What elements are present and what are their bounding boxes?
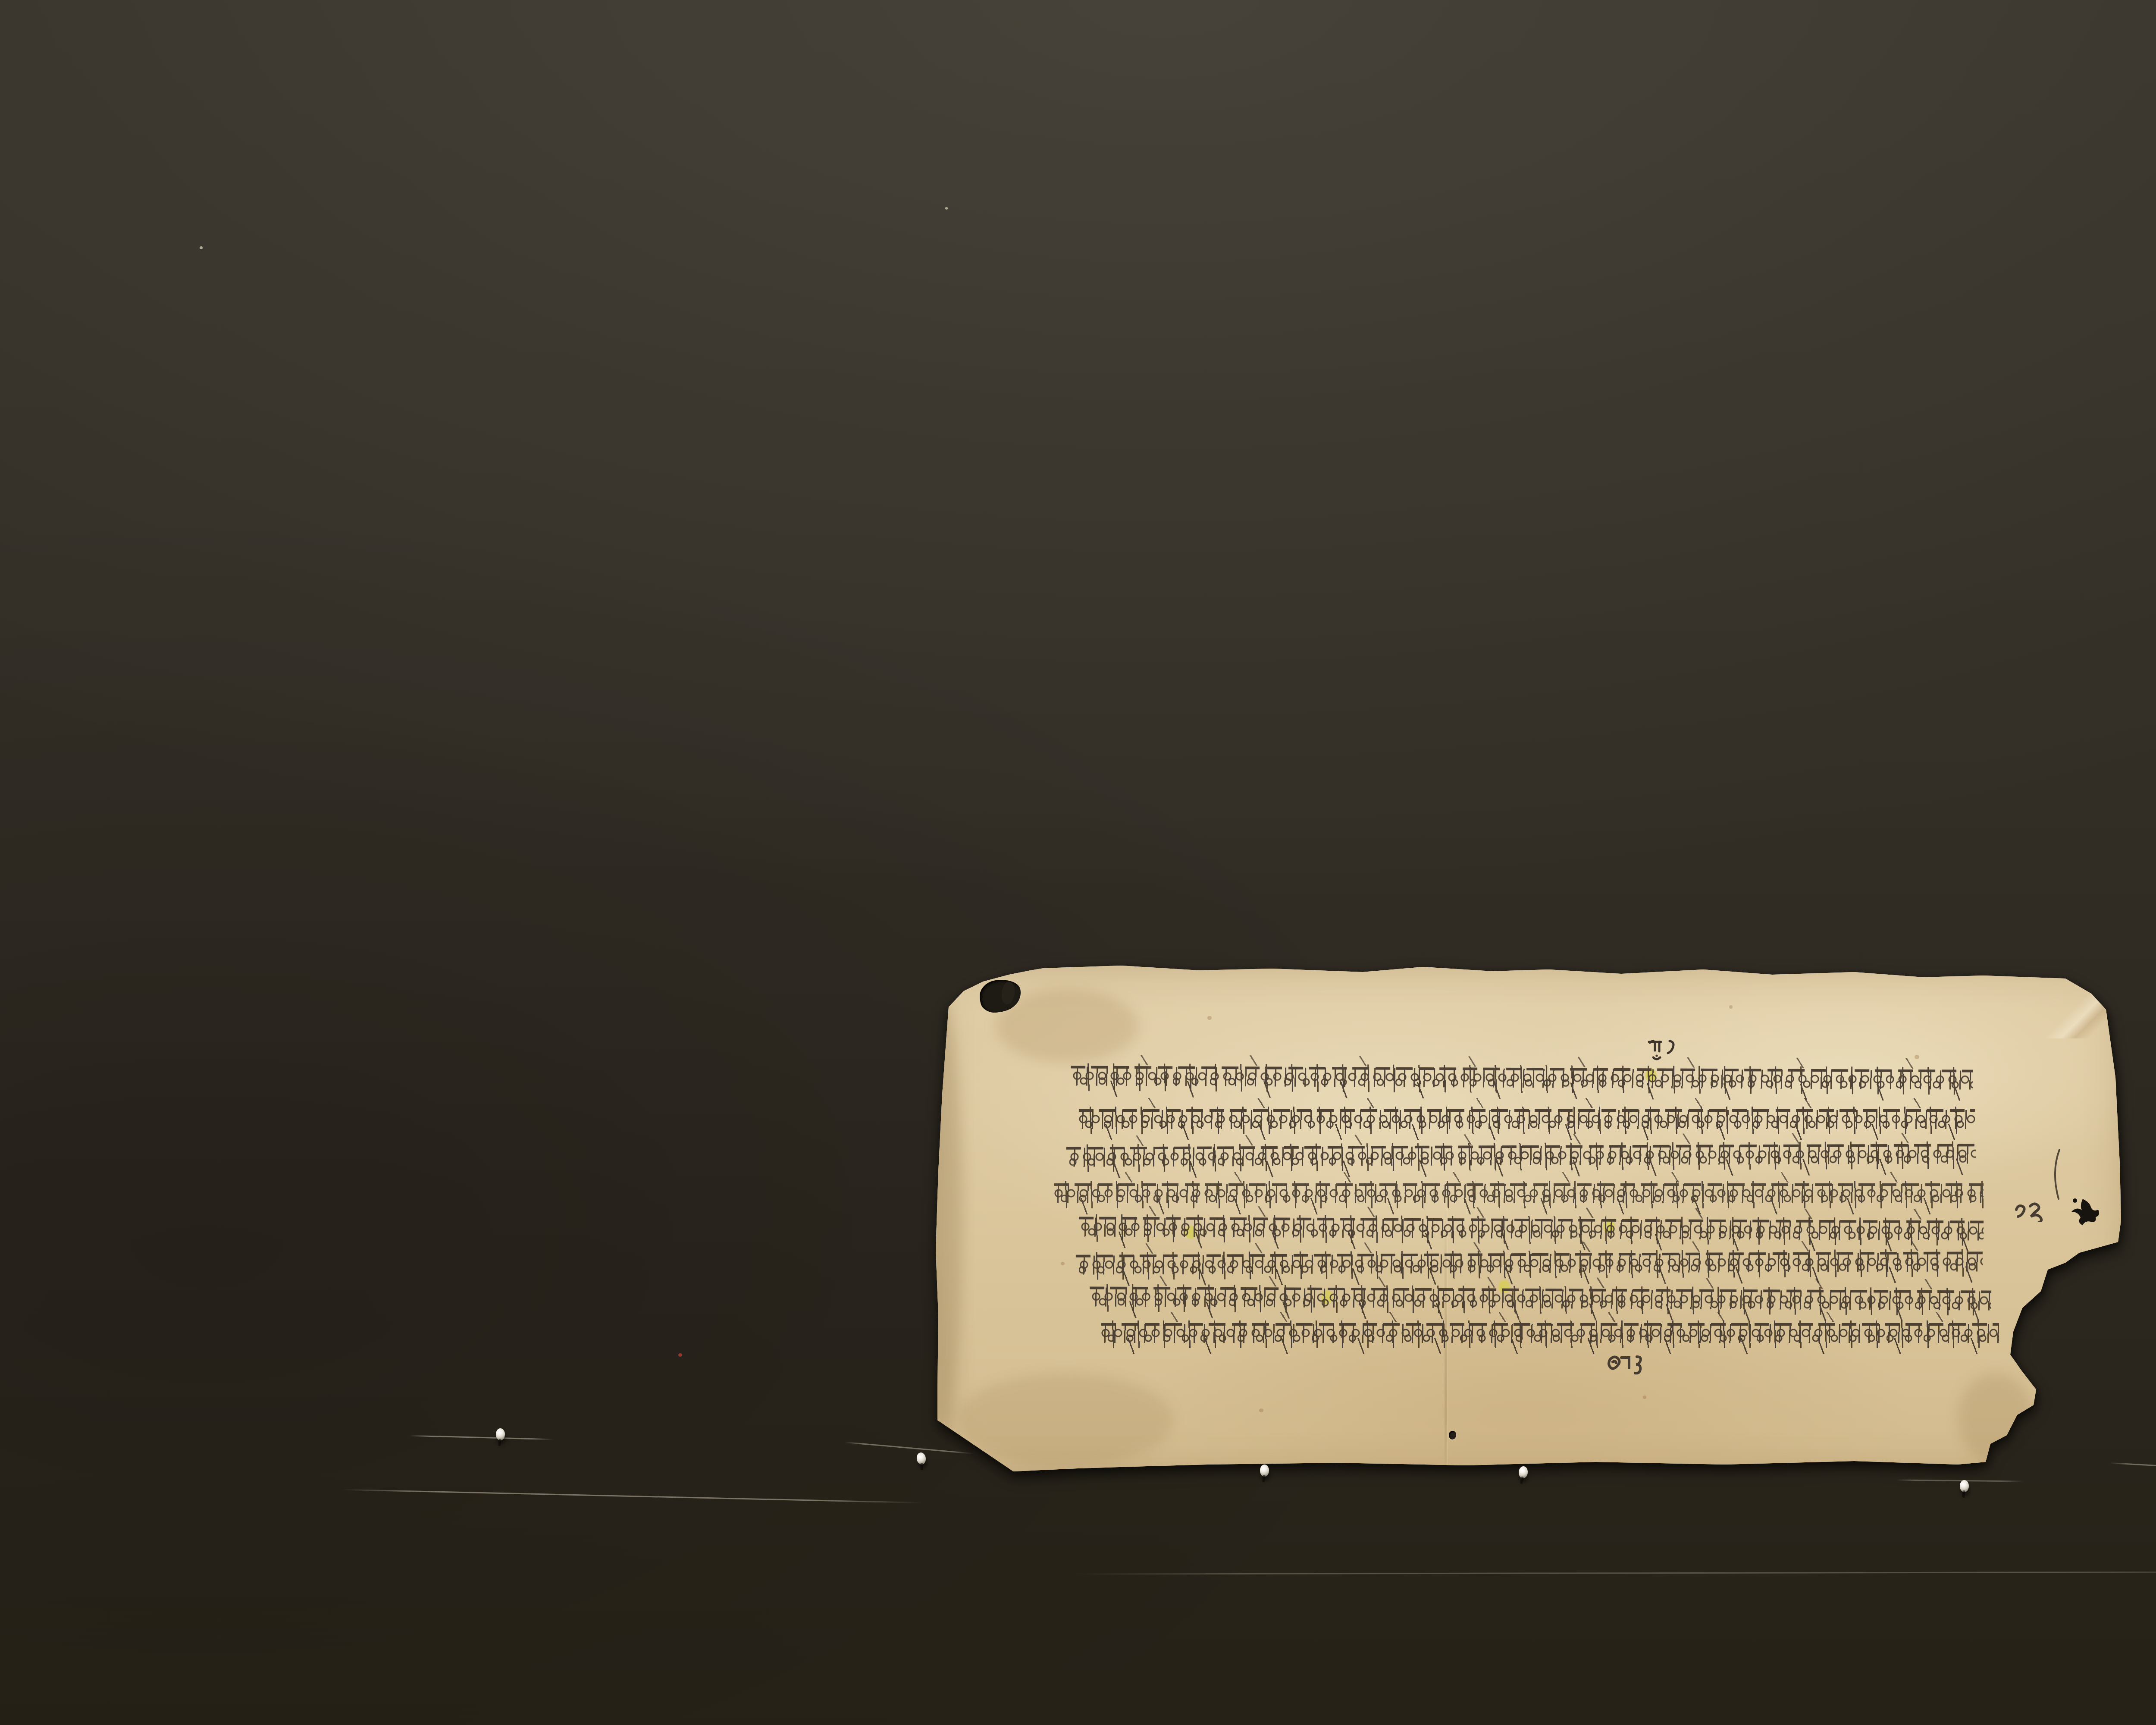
corner-fold-crease	[2027, 964, 2127, 1038]
dust-speck	[945, 207, 948, 210]
paper-freckle	[1061, 1262, 1065, 1265]
manuscript-shadow-wrap	[931, 964, 2126, 1475]
paper-stain	[957, 1374, 1173, 1467]
board-scratch	[1074, 1571, 2156, 1575]
pinhole	[1449, 1431, 1456, 1440]
pin	[1260, 1465, 1269, 1477]
paper-stain	[925, 1003, 962, 1434]
paper-freckle	[1643, 1396, 1646, 1399]
paper-stain	[1958, 1374, 2033, 1462]
paper-freckle	[1207, 1016, 1212, 1020]
board-scratch	[1896, 1479, 2024, 1482]
margin-flourish	[2065, 1195, 2099, 1226]
board-scratch	[341, 1489, 923, 1504]
margin-number	[2014, 1198, 2053, 1222]
manuscript-line	[1071, 1063, 1973, 1101]
pin	[1960, 1480, 1969, 1492]
manuscript-line	[1101, 1320, 1999, 1354]
header-mark	[1647, 1037, 1679, 1063]
footer-mark	[1607, 1352, 1648, 1375]
dust-speck	[200, 246, 203, 249]
photo-canvas	[0, 0, 2156, 1725]
pin	[916, 1452, 927, 1465]
margin-arc	[2049, 1149, 2064, 1201]
paper-freckle	[1729, 1005, 1733, 1009]
paper-freckle	[1259, 1408, 1263, 1412]
pin	[1518, 1466, 1528, 1479]
manuscript-page	[931, 964, 2126, 1475]
red-speck	[678, 1353, 682, 1357]
board-scratch	[410, 1435, 554, 1440]
pin	[496, 1428, 505, 1440]
